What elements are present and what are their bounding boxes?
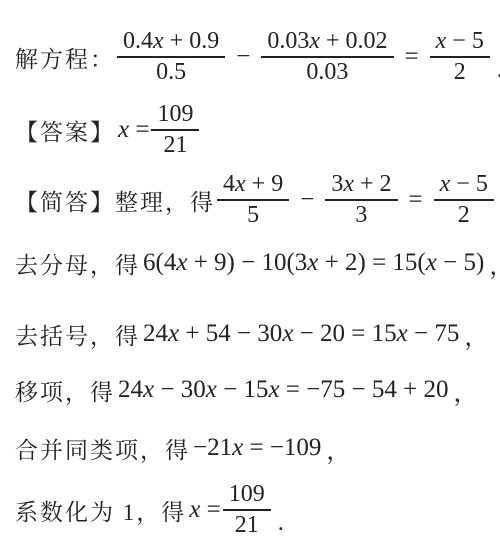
punctuation: ， (453, 373, 477, 408)
line-remove-brackets: 去括号，得24x + 54 − 30x − 20 = 15x − 75， (15, 318, 500, 350)
variable-x: x (153, 28, 164, 54)
variable-x: x (282, 320, 293, 347)
line-problem-statement: 解方程：0.4x + 0.90.5−0.03x + 0.020.03=x − 5… (15, 26, 500, 88)
fraction-numerator: 0.03x + 0.02 (261, 28, 393, 58)
math-expression: 6(4x + 9) − 10(3x + 2) = 15(x − 5) (143, 249, 484, 277)
fraction-denominator: 2 (458, 201, 470, 229)
variable-x: x (168, 320, 179, 347)
math-expression: −21x = −109 (193, 434, 321, 462)
chinese-text: 【简答】整理，得 (15, 184, 215, 217)
chinese-text: 合并同类项，得 (15, 432, 190, 465)
fraction-numerator: x − 5 (430, 28, 490, 58)
variable-x: x (189, 496, 200, 523)
math-operator: = (409, 186, 423, 214)
variable-x: x (440, 171, 451, 197)
line-normalize-coefficient: 系数化为 1，得x =10921. (15, 478, 500, 542)
variable-x: x (176, 249, 187, 276)
line-answer: 【答案】x =10921 (15, 100, 500, 160)
punctuation: ， (326, 431, 350, 466)
fraction: 3x + 23 (325, 171, 397, 229)
variable-x: x (436, 28, 447, 54)
fraction-denominator: 2 (454, 58, 466, 86)
fraction: 0.4x + 0.90.5 (117, 28, 225, 86)
punctuation: ， (464, 317, 488, 352)
fraction: 10921 (151, 101, 199, 159)
math-expression: x = (189, 496, 220, 524)
fraction-denominator: 0.5 (156, 58, 186, 86)
variable-x: x (309, 28, 320, 54)
fraction-denominator: 5 (247, 201, 259, 229)
fraction-numerator: 3x + 2 (325, 171, 397, 201)
math-expression: x = (118, 116, 149, 144)
fraction: 10921 (223, 481, 271, 539)
chinese-text: 系数化为 1，得 (15, 494, 186, 527)
fraction-denominator: 21 (163, 131, 187, 159)
fraction-denominator: 0.03 (306, 58, 348, 86)
math-document: 解方程：0.4x + 0.90.5−0.03x + 0.020.03=x − 5… (0, 0, 500, 559)
line-move-terms: 移项，得24x − 30x − 15x = −75 − 54 + 20， (15, 374, 500, 406)
line-combine-like-terms: 合并同类项，得−21x = −109， (15, 432, 500, 464)
variable-x: x (426, 249, 437, 276)
fraction: x − 52 (430, 28, 490, 86)
fraction-numerator: 109 (151, 101, 199, 131)
variable-x: x (118, 116, 129, 143)
math-operator: = (405, 43, 419, 71)
punctuation: ，. (489, 246, 500, 281)
chinese-text: 【答案】 (15, 114, 115, 147)
variable-x: x (268, 376, 279, 403)
fraction-denominator: 21 (235, 511, 259, 539)
math-expression: 24x + 54 − 30x − 20 = 15x − 75 (143, 320, 459, 348)
variable-x: x (397, 320, 408, 347)
chinese-text: 去括号，得 (15, 318, 140, 351)
variable-x: x (232, 434, 243, 461)
fraction: 4x + 95 (217, 171, 289, 229)
math-operator: − (300, 186, 314, 214)
punctuation: . (278, 510, 284, 537)
chinese-text: 解方程： (15, 41, 115, 74)
variable-x: x (307, 249, 318, 276)
fraction-numerator: 0.4x + 0.9 (117, 28, 225, 58)
fraction-numerator: x − 5 (434, 171, 494, 201)
fraction-numerator: 4x + 9 (217, 171, 289, 201)
fraction-numerator: 109 (223, 481, 271, 511)
fraction: 0.03x + 0.020.03 (261, 28, 393, 86)
variable-x: x (343, 171, 354, 197)
variable-x: x (235, 171, 246, 197)
chinese-text: 移项，得 (15, 374, 115, 407)
math-operator: − (236, 43, 250, 71)
line-solution-rearrange: 【简答】整理，得4x + 95−3x + 23=x − 52， (15, 170, 500, 230)
variable-x: x (143, 376, 154, 403)
line-clear-denominators: 去分母，得6(4x + 9) − 10(3x + 2) = 15(x − 5)，… (15, 247, 500, 279)
fraction: x − 52 (434, 171, 494, 229)
chinese-text: 去分母，得 (15, 247, 140, 280)
math-expression: 24x − 30x − 15x = −75 − 54 + 20 (118, 376, 448, 404)
variable-x: x (206, 376, 217, 403)
fraction-denominator: 3 (355, 201, 367, 229)
